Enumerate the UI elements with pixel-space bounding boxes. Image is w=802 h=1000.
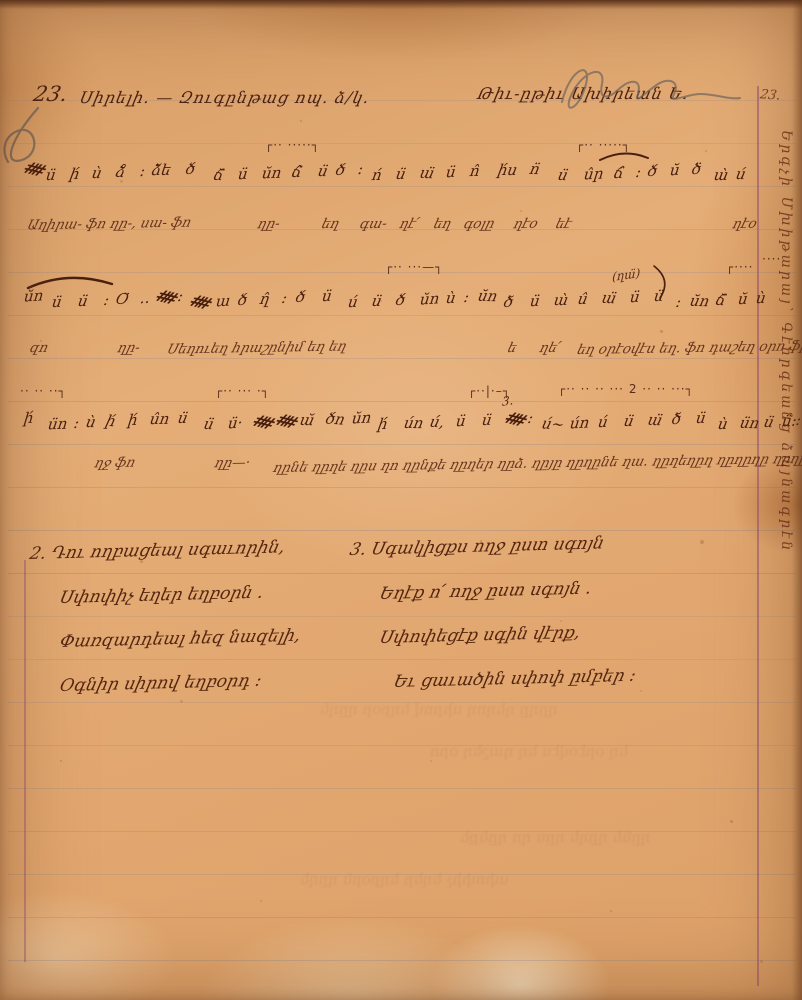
rule-line <box>8 444 796 445</box>
phrase-bracket: ┌·· ·····┐ <box>576 138 631 152</box>
neume: ձ̆ե <box>151 161 173 179</box>
rule-line <box>8 143 796 144</box>
neume: ս̀ <box>84 413 97 431</box>
neume: ս̆ <box>669 161 681 180</box>
rule-line <box>8 788 796 789</box>
verse-line: 3. Սգակիցքս ողջ ըստ սգոյն <box>345 521 641 572</box>
neume: ս̈ <box>45 166 57 184</box>
neume: ս̈· <box>227 414 243 433</box>
lyric-syllables: ղընե ղըղե ղըս ղո ղընքե ղըղեր ղըձ. ղըյը ղ… <box>271 450 802 476</box>
neume: : <box>674 293 682 311</box>
neume: ի́ <box>377 415 389 433</box>
paper-speck <box>300 120 302 122</box>
paper-speck <box>260 900 262 902</box>
neume: ա̀ <box>712 166 729 184</box>
neume: ի́ <box>104 412 118 431</box>
neume: ծ́ <box>294 288 308 307</box>
phrase-bracket: ┌·· ···—┐ <box>385 260 443 274</box>
neume: ս̂ր <box>583 165 605 184</box>
paper-speck <box>660 330 663 333</box>
rule-line <box>8 401 796 402</box>
lyric-syllables: ղէօ <box>512 216 540 232</box>
neume: ս́ <box>597 413 610 431</box>
lyric-syllables: ղէօ <box>731 216 759 232</box>
rule-line <box>8 358 796 359</box>
neume: : <box>280 289 289 307</box>
ghost-line: ղըղը ղեղող սիրով եղբօր ղըղե <box>318 700 560 718</box>
ghost-line: ղընե ղըղե ղըս ղո ղընքե <box>458 828 653 846</box>
neume: ս̈ <box>445 163 457 182</box>
neume: ս̀ <box>755 289 768 307</box>
verse-line: Օգնիր սիրով եղբօրդ ։ <box>55 658 305 708</box>
neume: : <box>139 162 146 180</box>
neume: ս̈ <box>556 166 570 185</box>
neume: ծ́ <box>334 161 348 180</box>
neume: ա̈ <box>418 164 436 183</box>
neume: ս́, <box>428 413 446 432</box>
phrase-bracket: ·· ·· ··┐ <box>20 384 67 398</box>
neume: ս̈ <box>762 413 776 432</box>
lyric-syllables: ղը—· <box>213 455 252 472</box>
neume: ճ̂ <box>290 163 303 181</box>
neume: ա̀ <box>553 291 570 309</box>
neume: ի́ <box>127 411 139 429</box>
notation-annotation: 3. <box>502 393 514 409</box>
paper-speck <box>610 910 612 912</box>
rule-line <box>8 831 796 832</box>
neume: ս̈ <box>629 288 641 307</box>
verse-line: Եղէք ո՛ ողջ ըստ սգոյն . <box>375 565 641 616</box>
verse-line: 2. Դու ողբացեալ սգաւորին, <box>25 525 305 576</box>
neume: ս́ <box>347 293 360 311</box>
paper-speck <box>430 760 432 762</box>
neume: ս̆ո <box>476 287 499 306</box>
neume: ձ̊ <box>114 163 128 182</box>
verse-line: Փառզարդեալ հեզ նազելի, <box>55 614 305 664</box>
paper-speck <box>700 540 704 544</box>
neume: ս̀ <box>445 289 457 307</box>
lyric-syllables: ղը- <box>116 340 142 356</box>
paper-speck <box>730 820 733 823</box>
neume: ո̂ <box>469 162 481 180</box>
neume: ս̈ <box>622 412 635 430</box>
neume: ա̈ <box>646 411 664 430</box>
neume: ս̈ <box>653 287 665 305</box>
neume: ս̈ <box>76 292 89 310</box>
neume: ճ́ <box>613 164 626 182</box>
neume: ս̈ <box>529 292 541 310</box>
verse-line: Սփոփիչ եղեր եղբօրն . <box>55 570 305 620</box>
rule-line <box>8 960 796 961</box>
lyric-syllables: գա- <box>358 216 389 232</box>
neume: ս̆ո <box>261 164 283 183</box>
neume: ս̀ <box>716 415 729 433</box>
lyric-syllables: ղջ ֆո <box>93 455 138 472</box>
neume: ս̈ո <box>738 414 761 433</box>
lyric-syllables: ղե՛ <box>538 340 563 356</box>
paper-speck <box>640 690 642 692</box>
neume: : <box>357 160 364 178</box>
lyric-syllables: Սեղուեղ հրաշընիմ եղ եղ <box>165 338 348 357</box>
ghost-line: սփոփիչ եղեր եղբօրն ղըղե <box>298 870 511 888</box>
neume: : <box>72 414 80 432</box>
phrase-bracket: ┌·· ·····┐ <box>265 138 320 152</box>
neume: ծ̆ <box>671 410 682 429</box>
neume: ս́ <box>734 165 747 183</box>
lyric-syllables: գօլը <box>462 216 497 233</box>
neume: ի́ <box>23 409 35 428</box>
neume: ս́ո <box>402 414 425 432</box>
rule-line <box>8 186 796 187</box>
phrase-bracket: ┌·· ··· ·┐ <box>215 384 270 398</box>
neume: ծ́ <box>394 291 407 309</box>
page-vignette <box>0 0 802 1000</box>
neume: ծ̈ <box>691 160 703 178</box>
pencil-scribble <box>540 50 750 125</box>
page-number: 23. <box>759 87 783 103</box>
paper-stains <box>0 0 802 1000</box>
neume: ս̈ <box>394 165 407 183</box>
neume: ա <box>215 292 231 311</box>
rule-line <box>8 487 796 488</box>
neume: ս̈ <box>316 162 329 180</box>
neume: ս̈ո <box>47 415 69 434</box>
neume: ա̆ <box>298 411 316 429</box>
neume: : <box>462 288 470 306</box>
neume: ս̆ո <box>419 289 441 308</box>
verse-line: Սփոփեցէք սգին վէրք, <box>375 609 641 660</box>
neume: ղ̂ <box>258 290 271 308</box>
manuscript-page: 23. Սիրելի. — Զուգընթաց ոպ. ձ/կ. Թիւ-ըթի… <box>0 0 802 1000</box>
notation-annotation: (ղա̈) <box>612 266 641 284</box>
neume: ծ́ <box>184 160 197 178</box>
neume: ս̆ <box>737 290 749 308</box>
neume: ճ̆ <box>714 291 728 310</box>
neume: Օ̈ <box>114 290 131 309</box>
paper-speck <box>520 210 522 212</box>
neume: ս̀ <box>90 164 103 182</box>
neume: ս̈ <box>237 165 249 184</box>
neume: ս́~ <box>540 414 566 434</box>
neume: ի́ս <box>496 161 518 179</box>
neume: ս̈ <box>51 293 63 311</box>
neume: ճ̆ <box>212 166 226 184</box>
song-title: Սիրելի. — Զուգընթաց ոպ. ձ/կ. <box>78 88 372 107</box>
lyric-syllables: ղը- <box>256 216 282 232</box>
rule-line <box>8 917 796 918</box>
neume: ս̈ <box>455 412 467 431</box>
neume: ո̈ <box>528 160 541 178</box>
verse-2: 2. Դու ողբացեալ սգաւորին,Սփոփիչ եղեր եղբ… <box>30 532 299 708</box>
rule-line <box>8 315 796 316</box>
page-top-edge <box>0 0 802 9</box>
neume: ս̈ <box>176 409 189 427</box>
neume: ծ̆ <box>502 293 516 312</box>
lyric-syllables: զո <box>28 340 50 356</box>
neume: ի́ <box>68 165 81 183</box>
neume: ս̆ո <box>351 409 373 428</box>
neume: ո́ <box>371 166 384 184</box>
phrase-bracket: ┌·· ·· ·· ··· 2 ·· ·· ···┐ <box>558 382 694 396</box>
ghost-line: եղ օրէօվէս եղ դաշեղ օրո <box>428 742 630 760</box>
neume: ս̆ո <box>688 292 711 311</box>
paper-speck <box>760 960 763 963</box>
lyric-syllables: ղէ՛ <box>398 216 421 232</box>
neume: ## <box>271 410 303 433</box>
neume: ս̈ <box>695 409 707 427</box>
neume: ծ́ո <box>324 409 347 428</box>
neume: ‥ <box>139 289 151 307</box>
paper-speck <box>60 760 62 762</box>
neume: ս̈ <box>481 411 493 429</box>
left-margin-line <box>24 560 26 962</box>
neume: ս̈ <box>321 287 333 305</box>
neume: ս́ո <box>569 414 591 433</box>
verse-3: 3. Սգակիցքս ողջ ըստ սգոյնԵղէք ո՛ ողջ ըստ… <box>350 528 634 704</box>
neume: ## <box>185 291 217 314</box>
lyric-syllables: եղ օրէօվէս եղ. ֆո դաշեղ օրո ֆի- <box>575 338 802 358</box>
neume: ս̂ <box>576 290 589 308</box>
neume: ս̆ո <box>23 286 45 305</box>
neume: ս̈ <box>202 415 216 433</box>
phrase-bracket: ···· <box>762 252 781 266</box>
verse-line: Եւ ցաւածին սփոփ ըմբեր ։ <box>389 654 641 704</box>
neume: ս̂ո <box>149 410 171 428</box>
neume: ա̈ <box>600 289 618 308</box>
neume: ս̈ <box>370 292 383 310</box>
paper-speck <box>705 150 707 152</box>
lyric-syllables: Աղիրա- ֆո ղը-, սա- ֆո <box>25 215 193 234</box>
neume: ծ́ <box>237 291 249 309</box>
lyric-syllables: ե <box>506 340 519 356</box>
rule-line <box>8 745 796 746</box>
phrase-bracket: ┌···· <box>726 260 753 274</box>
